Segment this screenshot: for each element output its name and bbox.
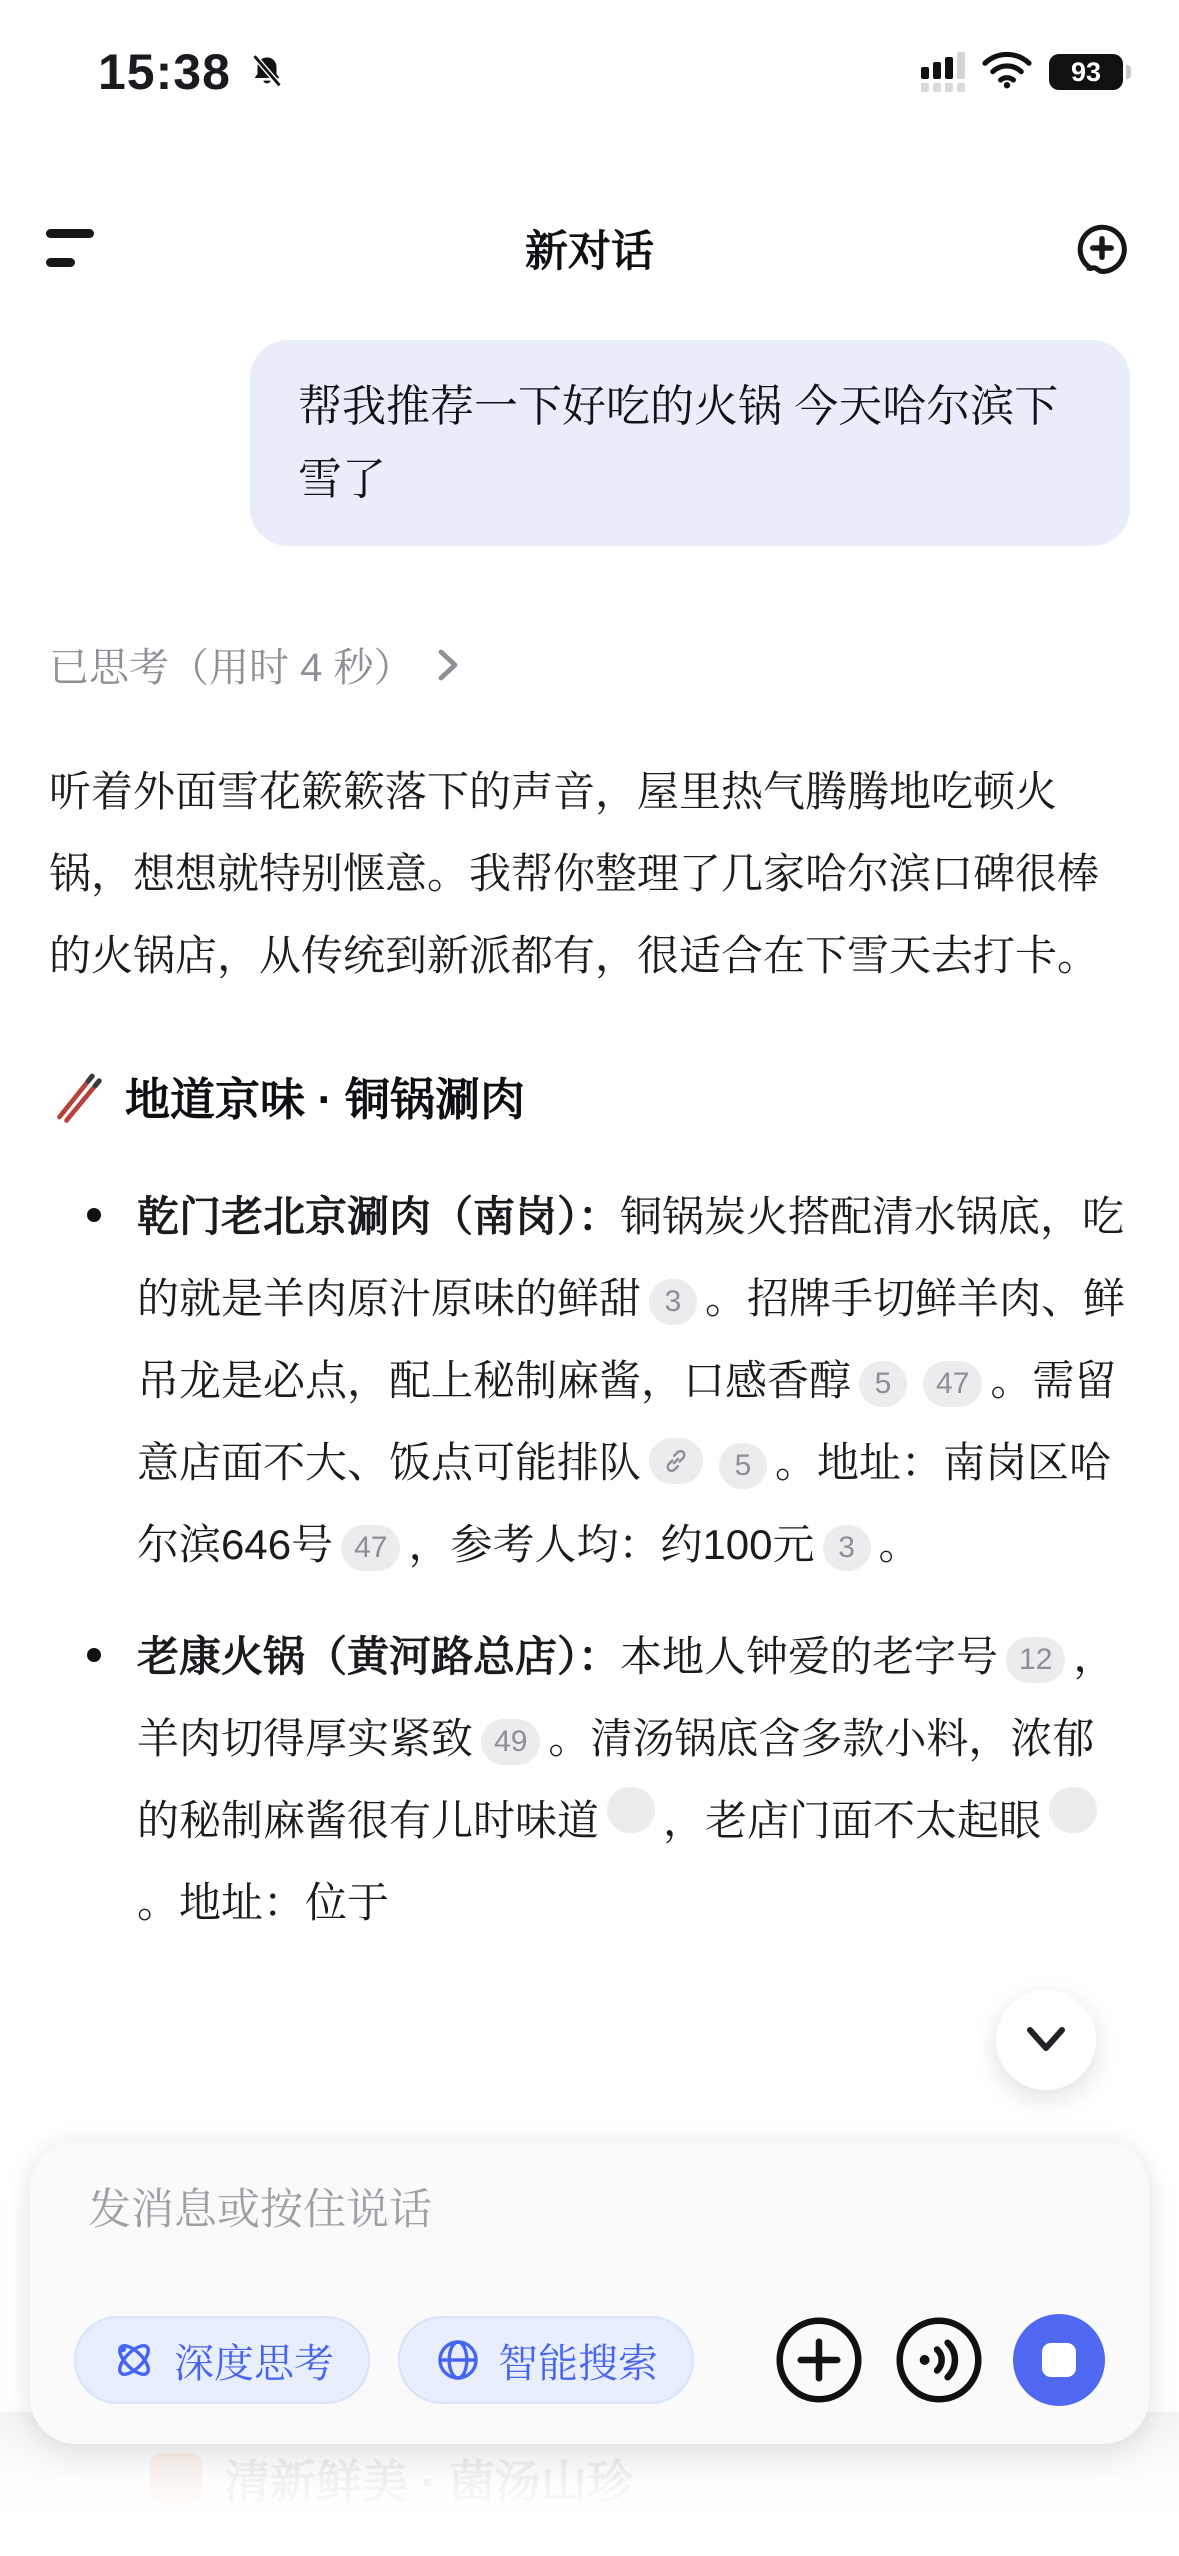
chevron-down-icon (1024, 2025, 1068, 2055)
notifications-muted-icon (247, 52, 287, 92)
atom-icon (110, 2336, 158, 2384)
user-message-bubble: 帮我推荐一下好吃的火锅 今天哈尔滨下雪了 (250, 340, 1130, 546)
restaurant-list: 乾门老北京涮肉（南岗）：铜锅炭火搭配清水锅底，吃的就是羊肉原汁原味的鲜甜3。招牌… (49, 1176, 1130, 1944)
assistant-intro-paragraph: 听着外面雪花簌簌落下的声音，屋里热气腾腾地吃顿火锅，想想就特别惬意。我帮你整理了… (49, 751, 1130, 997)
battery-icon: 93 (1049, 54, 1123, 90)
voice-input-button[interactable] (893, 2314, 985, 2406)
citation-pill[interactable]: 3 (649, 1279, 697, 1325)
list-item: 老康火锅（黄河路总店）：本地人钟爱的老字号12，羊肉切得厚实紧致49。清汤锅底含… (49, 1616, 1130, 1944)
section-heading: 地道京味 · 铜锅涮肉 (49, 1063, 1130, 1128)
composer-card: 深度思考 智能搜索 (30, 2142, 1149, 2444)
bullet-text: ，老店门面不太起眼 (663, 1797, 1041, 1844)
clock: 15:38 (98, 43, 231, 101)
composer-toolbar: 深度思考 智能搜索 (74, 2314, 1105, 2406)
list-item: 乾门老北京涮肉（南岗）：铜锅炭火搭配清水锅底，吃的就是羊肉原汁原味的鲜甜3。招牌… (49, 1176, 1130, 1586)
attach-button[interactable] (773, 2314, 865, 2406)
sound-wave-circle-icon (893, 2314, 985, 2406)
thought-summary-label: 已思考（用时 4 秒） (49, 636, 413, 693)
wifi-icon (981, 50, 1033, 95)
plus-circle-icon (773, 2314, 865, 2406)
app-screen: 15:38 93 新对话 (0, 0, 1179, 2556)
citation-pill[interactable]: 47 (341, 1525, 400, 1571)
cellular-signal-icon (921, 52, 965, 92)
citation-pill[interactable] (607, 1787, 655, 1833)
citation-pill[interactable]: 49 (481, 1719, 540, 1765)
scroll-to-bottom-button[interactable] (996, 1990, 1096, 2090)
chevron-right-icon (435, 645, 461, 685)
smart-search-toggle[interactable]: 智能搜索 (398, 2316, 694, 2404)
citation-pill[interactable]: 3 (823, 1525, 871, 1571)
citation-pill[interactable] (1049, 1787, 1097, 1833)
stop-square-icon (1042, 2343, 1076, 2377)
citation-pill[interactable]: 5 (719, 1443, 767, 1489)
bullet-text: 。地址：位于 (137, 1879, 389, 1926)
citation-link-pill[interactable] (649, 1438, 703, 1484)
citation-pill[interactable]: 47 (923, 1361, 982, 1407)
restaurant-name: 老康火锅（黄河路总店）： (137, 1633, 620, 1680)
header: 新对话 (0, 192, 1179, 304)
status-bar: 15:38 93 (0, 0, 1179, 130)
bullet-text: 本地人钟爱的老字号 (620, 1633, 998, 1680)
battery-percent: 93 (1071, 57, 1101, 88)
citation-pill[interactable]: 12 (1006, 1637, 1065, 1683)
thought-summary-toggle[interactable]: 已思考（用时 4 秒） (49, 636, 461, 693)
globe-icon (434, 2336, 482, 2384)
message-input[interactable] (88, 2186, 1105, 2235)
section-title: 地道京味 · 铜锅涮肉 (125, 1063, 525, 1128)
deep-think-toggle[interactable]: 深度思考 (74, 2316, 370, 2404)
sidebar-menu-button[interactable] (46, 218, 106, 278)
stop-generating-button[interactable] (1013, 2314, 1105, 2406)
chopsticks-icon (49, 1068, 105, 1124)
restaurant-name: 乾门老北京涮肉（南岗）： (137, 1193, 620, 1240)
bullet-text: 。 (879, 1521, 921, 1568)
citation-pill[interactable]: 5 (859, 1361, 907, 1407)
chat-scroll-area[interactable]: 帮我推荐一下好吃的火锅 今天哈尔滨下雪了 已思考（用时 4 秒） 听着外面雪花簌… (49, 340, 1130, 1944)
page-title: 新对话 (0, 218, 1179, 279)
bullet-text: ，参考人均：约100元 (408, 1521, 814, 1568)
new-chat-button[interactable] (1071, 217, 1133, 279)
